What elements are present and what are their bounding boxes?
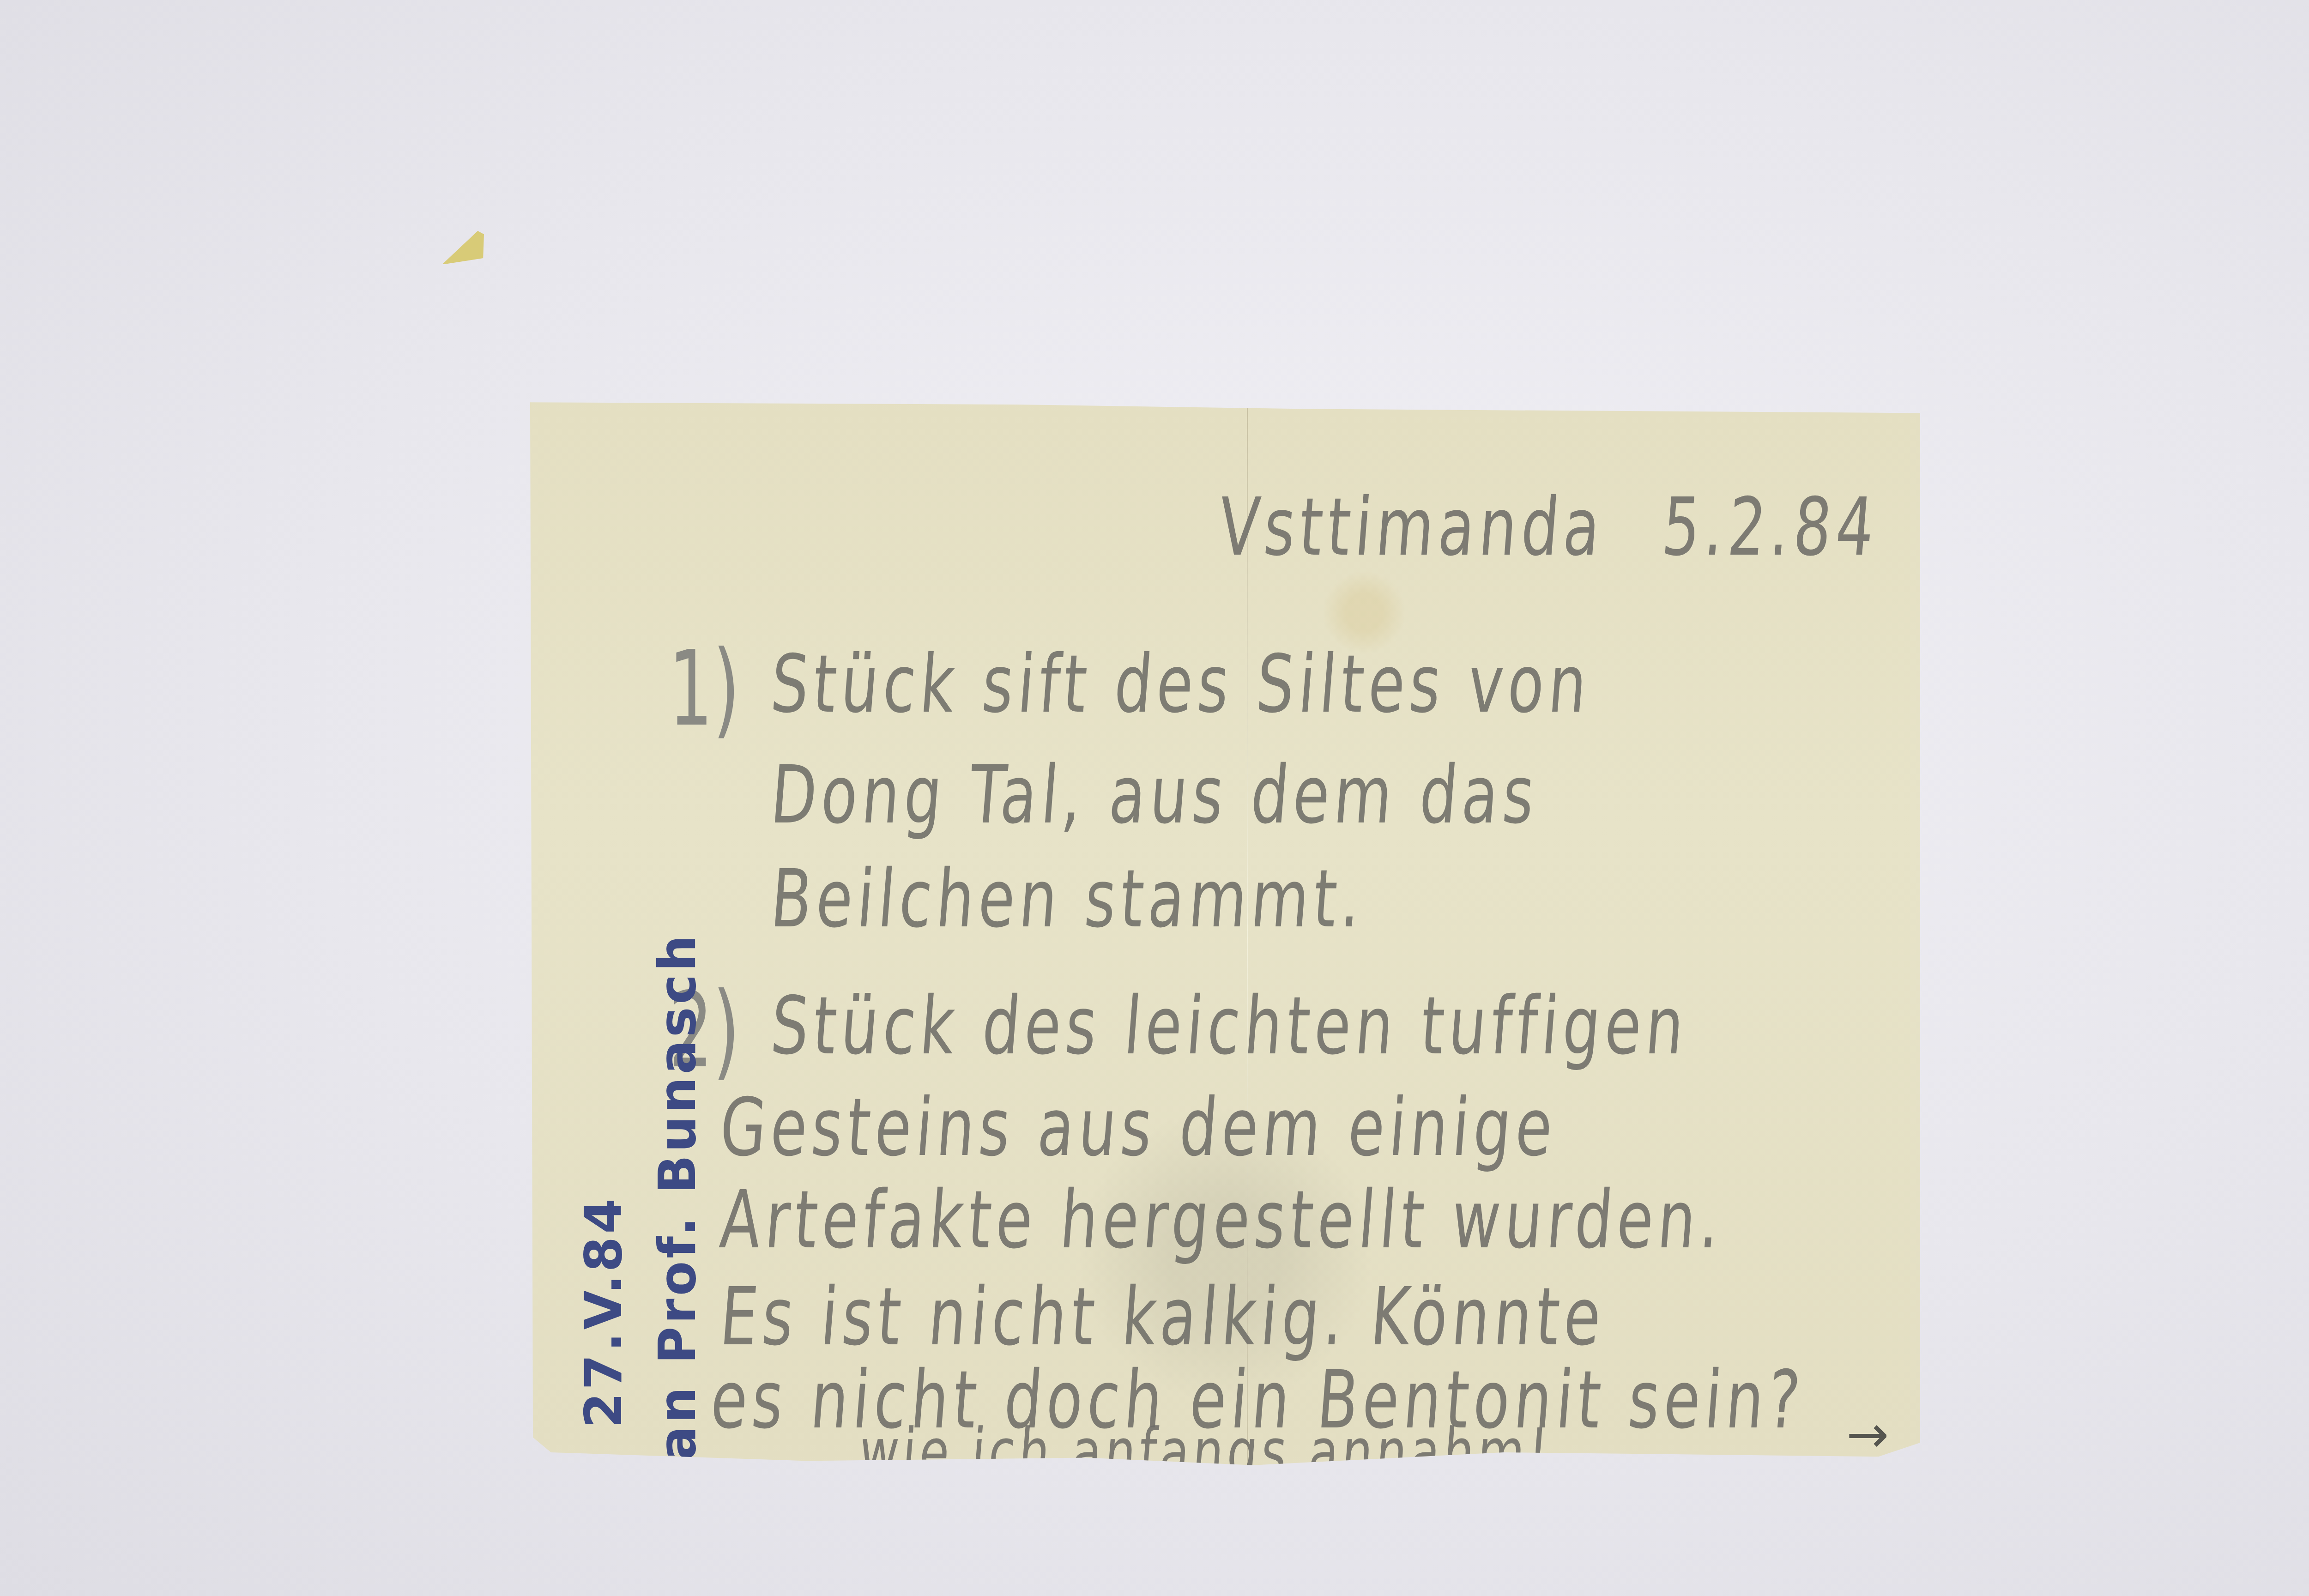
header-date: 5.2.84 bbox=[1659, 481, 1882, 574]
item-1-number: 1) bbox=[669, 629, 740, 750]
item-1-line-3: Beilchen stammt. bbox=[768, 853, 1368, 946]
item-1-line-2: Dong Tal, aus dem das bbox=[768, 749, 1542, 842]
handwritten-note-paper: Vsttimanda 5.2.84 1) Stück sift des Silt… bbox=[530, 398, 1920, 1469]
header-place: Vsttimanda bbox=[1215, 481, 1608, 574]
item-2-line-4: Es ist nicht kalkig. Könnte bbox=[717, 1271, 1608, 1364]
continuation-arrow-icon: → bbox=[1846, 1405, 1889, 1464]
item-2-line-1: Stück des leichten tuffigen bbox=[768, 980, 1692, 1073]
item-1-line-1: Stück sift des Siltes von bbox=[768, 638, 1595, 731]
item-2-line-2: Gesteins aus dem einige bbox=[717, 1082, 1560, 1174]
item-2-line-3: Artefakte hergestellt wurden. bbox=[717, 1174, 1727, 1267]
margin-note-recipient: an Prof. Bunasch bbox=[648, 932, 707, 1460]
margin-note-date: 27.V.84 bbox=[574, 1196, 633, 1428]
